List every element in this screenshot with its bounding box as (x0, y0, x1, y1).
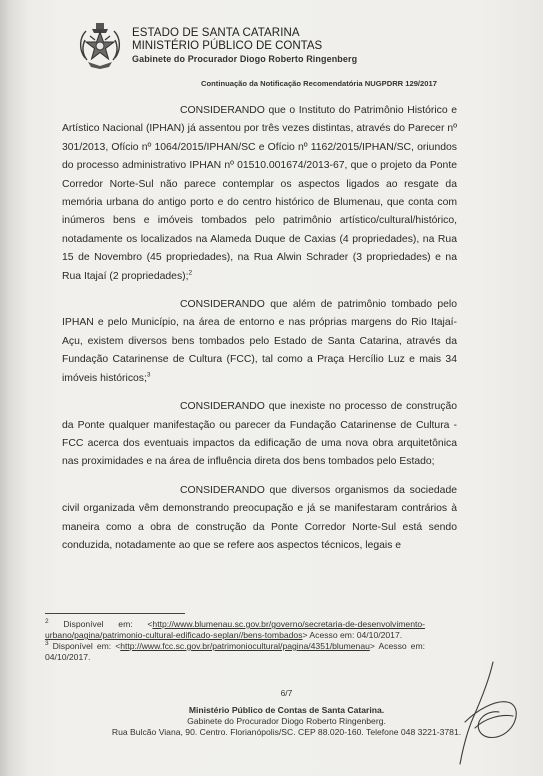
ministry-name: MINISTÉRIO PÚBLICO DE CONTAS (132, 40, 357, 53)
footnote-ref[interactable]: 3 (147, 371, 151, 378)
footnote: 3 Disponível em: <http://www.fcc.sc.gov.… (45, 641, 425, 663)
document-body: CONSIDERANDO que o Instituto do Patrimôn… (62, 102, 457, 555)
document-page: ESTADO DE SANTA CATARINA MINISTÉRIO PÚBL… (0, 0, 543, 776)
signature-icon (455, 660, 535, 770)
paragraph: CONSIDERANDO que inexiste no processo de… (62, 398, 457, 472)
paragraph: CONSIDERANDO que o Instituto do Patrimôn… (62, 102, 457, 286)
state-name: ESTADO DE SANTA CATARINA (132, 27, 357, 40)
footnote-divider (45, 613, 185, 614)
paragraph: CONSIDERANDO que além de patrimônio tomb… (62, 296, 457, 388)
footnote: 2 Disponível em: <http://www.blumenau.sc… (45, 619, 425, 641)
coat-of-arms-icon (76, 20, 124, 70)
letterhead: ESTADO DE SANTA CATARINA MINISTÉRIO PÚBL… (132, 27, 357, 65)
footnote-link[interactable]: http://www.fcc.sc.gov.br/patrimoniocultu… (120, 641, 370, 651)
document-reference: Continuação da Notificação Recomendatóri… (0, 79, 543, 88)
office-name: Gabinete do Procurador Diogo Roberto Rin… (132, 53, 357, 65)
footnotes: 2 Disponível em: <http://www.blumenau.sc… (45, 619, 425, 663)
paragraph: CONSIDERANDO que diversos organismos da … (62, 482, 457, 556)
footnote-ref[interactable]: 2 (189, 269, 193, 276)
